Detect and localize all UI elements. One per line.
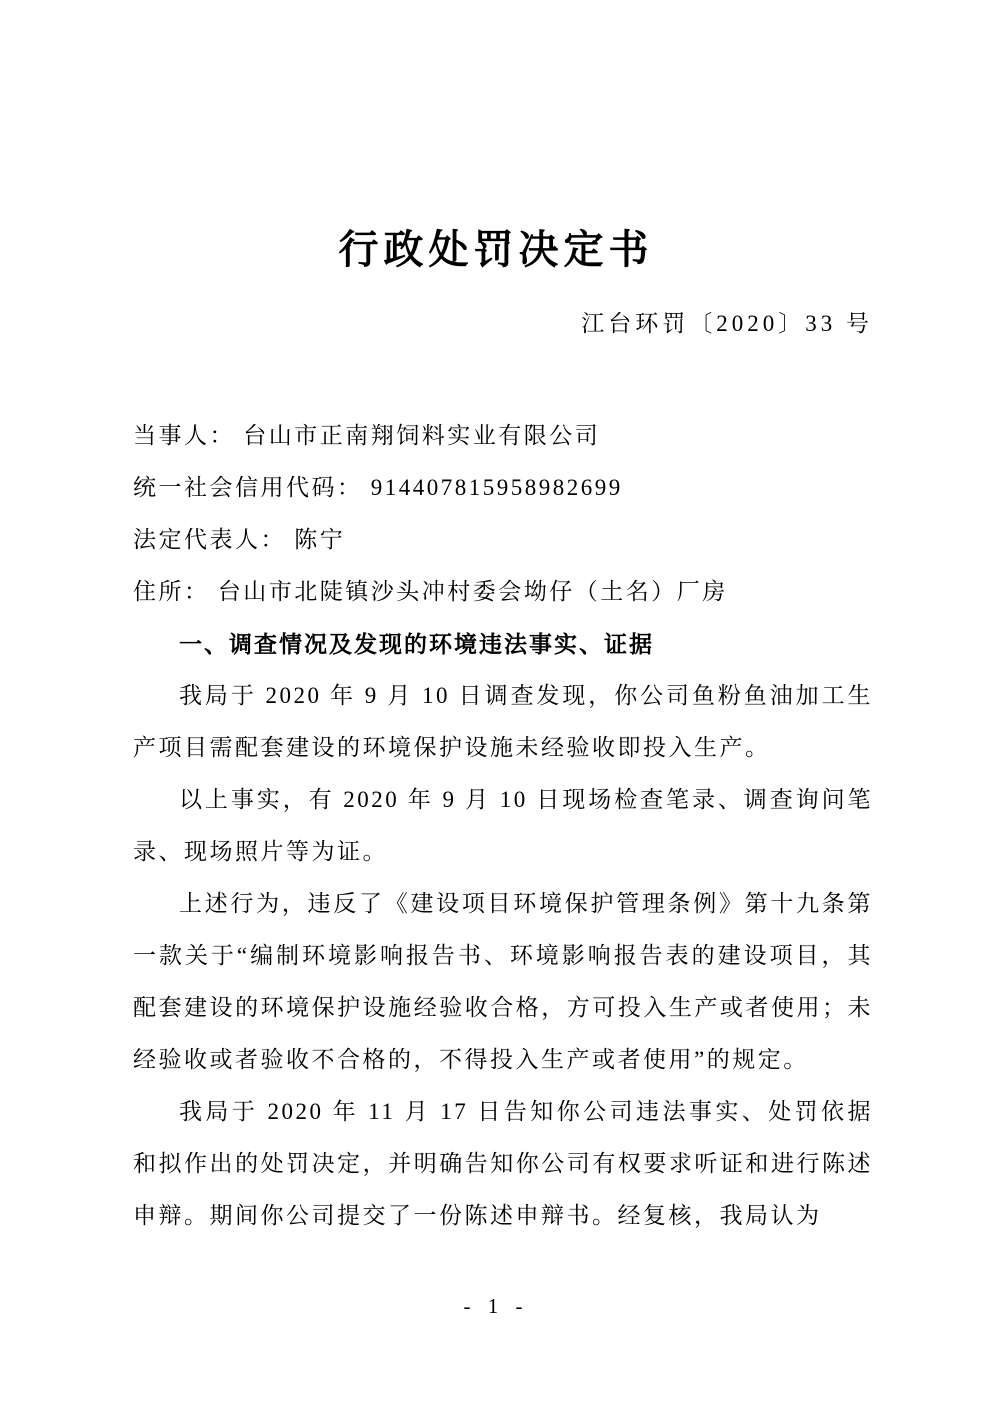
party-line: 当事人： 台山市正南翔饲料实业有限公司	[133, 410, 873, 462]
section-heading-investigation: 一、调查情况及发现的环境违法事实、证据	[133, 618, 873, 670]
document-title: 行政处罚决定书	[0, 218, 992, 275]
paragraph-evidence: 以上事实，有 2020 年 9 月 10 日现场检查笔录、调查询问笔录、现场照片…	[133, 774, 873, 878]
page-number: - 1 -	[0, 1294, 992, 1319]
document-body: 当事人： 台山市正南翔饲料实业有限公司 统一社会信用代码： 9144078159…	[133, 410, 873, 1242]
legal-representative-line: 法定代表人： 陈宁	[133, 514, 873, 566]
document-page: 行政处罚决定书 江台环罚〔2020〕33 号 当事人： 台山市正南翔饲料实业有限…	[0, 0, 992, 1403]
document-number: 江台环罚〔2020〕33 号	[581, 305, 873, 338]
address-line: 住所： 台山市北陡镇沙头冲村委会坳仔（土名）厂房	[133, 566, 873, 618]
paragraph-notification: 我局于 2020 年 11 月 17 日告知你公司违法事实、处罚依据和拟作出的处…	[133, 1086, 873, 1242]
credit-code-line: 统一社会信用代码： 914407815958982699	[133, 462, 873, 514]
paragraph-findings: 我局于 2020 年 9 月 10 日调查发现，你公司鱼粉鱼油加工生产项目需配套…	[133, 670, 873, 774]
paragraph-legal-basis: 上述行为，违反了《建设项目环境保护管理条例》第十九条第一款关于“编制环境影响报告…	[133, 878, 873, 1086]
